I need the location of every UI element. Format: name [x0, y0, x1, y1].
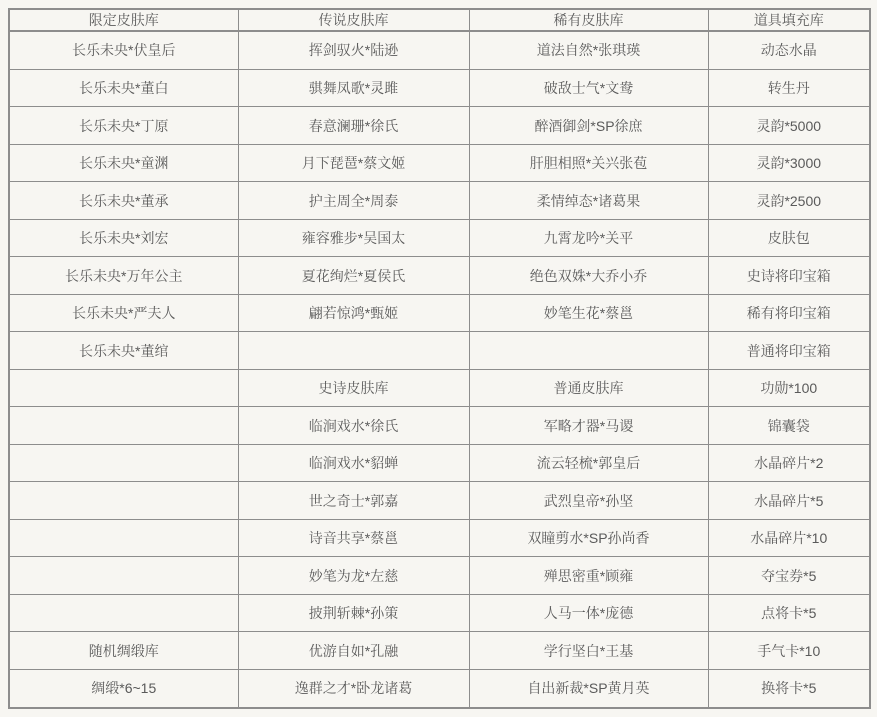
table-cell: 点将卡*5 — [708, 594, 870, 632]
table-cell: 普通将印宝箱 — [708, 332, 870, 370]
table-row: 长乐未央*董白骐舞凤歌*灵雎破敌士气*文鸯转生丹 — [9, 69, 870, 107]
table-cell: 殚思密重*顾雍 — [469, 557, 708, 595]
table-cell: 夺宝券*5 — [708, 557, 870, 595]
table-cell — [9, 557, 238, 595]
table-cell: 诗音共享*蔡邕 — [238, 519, 469, 557]
table-cell: 普通皮肤库 — [469, 369, 708, 407]
table-cell: 临涧戏水*徐氏 — [238, 407, 469, 445]
table-row: 长乐未央*董绾普通将印宝箱 — [9, 332, 870, 370]
table-cell: 月下琵琶*蔡文姬 — [238, 144, 469, 182]
table-row: 绸缎*6~15逸群之才*卧龙诸葛自出新裁*SP黄月英换将卡*5 — [9, 669, 870, 708]
table-cell: 人马一体*庞德 — [469, 594, 708, 632]
table-cell: 自出新裁*SP黄月英 — [469, 669, 708, 708]
table-cell: 醉酒御剑*SP徐庶 — [469, 107, 708, 145]
table-cell: 长乐未央*严夫人 — [9, 294, 238, 332]
table-cell: 武烈皇帝*孙坚 — [469, 482, 708, 520]
table-row: 妙笔为龙*左慈殚思密重*顾雍夺宝券*5 — [9, 557, 870, 595]
column-header-3: 道具填充库 — [708, 9, 870, 31]
table-row: 随机绸缎库优游自如*孔融学行坚白*王基手气卡*10 — [9, 632, 870, 670]
table-row: 史诗皮肤库普通皮肤库功勋*100 — [9, 369, 870, 407]
table-cell: 破敌士气*文鸯 — [469, 69, 708, 107]
table-cell: 肝胆相照*关兴张苞 — [469, 144, 708, 182]
table-cell: 流云轻梳*郭皇后 — [469, 444, 708, 482]
table-row: 长乐未央*万年公主夏花绚烂*夏侯氏绝色双姝*大乔小乔史诗将印宝箱 — [9, 257, 870, 295]
table-cell: 逸群之才*卧龙诸葛 — [238, 669, 469, 708]
table-cell: 皮肤包 — [708, 219, 870, 257]
table-header: 限定皮肤库传说皮肤库稀有皮肤库道具填充库 — [9, 9, 870, 31]
table-cell: 翩若惊鸿*甄姬 — [238, 294, 469, 332]
table-cell: 春意澜珊*徐氏 — [238, 107, 469, 145]
table-row: 长乐未央*伏皇后挥剑驭火*陆逊道法自然*张琪瑛动态水晶 — [9, 31, 870, 69]
table-cell: 长乐未央*刘宏 — [9, 219, 238, 257]
table-cell: 锦囊袋 — [708, 407, 870, 445]
table-cell: 水晶碎片*5 — [708, 482, 870, 520]
table-cell — [238, 332, 469, 370]
table-cell: 道法自然*张琪瑛 — [469, 31, 708, 69]
table-cell: 骐舞凤歌*灵雎 — [238, 69, 469, 107]
table-cell: 长乐未央*丁原 — [9, 107, 238, 145]
table-cell: 灵韵*3000 — [708, 144, 870, 182]
table-cell: 功勋*100 — [708, 369, 870, 407]
table-cell — [469, 332, 708, 370]
table-cell: 水晶碎片*2 — [708, 444, 870, 482]
table-cell — [9, 482, 238, 520]
table-cell: 稀有将印宝箱 — [708, 294, 870, 332]
table-cell: 水晶碎片*10 — [708, 519, 870, 557]
table-row: 诗音共享*蔡邕双瞳剪水*SP孙尚香水晶碎片*10 — [9, 519, 870, 557]
table-cell: 护主周全*周泰 — [238, 182, 469, 220]
reward-pool-table-wrap: 限定皮肤库传说皮肤库稀有皮肤库道具填充库 长乐未央*伏皇后挥剑驭火*陆逊道法自然… — [8, 8, 869, 709]
table-cell: 挥剑驭火*陆逊 — [238, 31, 469, 69]
header-row: 限定皮肤库传说皮肤库稀有皮肤库道具填充库 — [9, 9, 870, 31]
table-cell: 转生丹 — [708, 69, 870, 107]
table-row: 长乐未央*丁原春意澜珊*徐氏醉酒御剑*SP徐庶灵韵*5000 — [9, 107, 870, 145]
table-cell: 夏花绚烂*夏侯氏 — [238, 257, 469, 295]
table-cell: 随机绸缎库 — [9, 632, 238, 670]
table-cell — [9, 594, 238, 632]
table-cell: 九霄龙吟*关平 — [469, 219, 708, 257]
table-cell: 世之奇士*郭嘉 — [238, 482, 469, 520]
table-cell — [9, 407, 238, 445]
table-cell — [9, 444, 238, 482]
table-cell: 军略才器*马谡 — [469, 407, 708, 445]
table-row: 长乐未央*刘宏雍容雅步*吴国太九霄龙吟*关平皮肤包 — [9, 219, 870, 257]
table-cell: 绸缎*6~15 — [9, 669, 238, 708]
table-cell: 双瞳剪水*SP孙尚香 — [469, 519, 708, 557]
table-row: 长乐未央*童渊月下琵琶*蔡文姬肝胆相照*关兴张苞灵韵*3000 — [9, 144, 870, 182]
column-header-0: 限定皮肤库 — [9, 9, 238, 31]
table-row: 临涧戏水*徐氏军略才器*马谡锦囊袋 — [9, 407, 870, 445]
table-cell — [9, 519, 238, 557]
table-row: 世之奇士*郭嘉武烈皇帝*孙坚水晶碎片*5 — [9, 482, 870, 520]
table-cell: 临涧戏水*貂蝉 — [238, 444, 469, 482]
table-row: 披荆斩棘*孙策人马一体*庞德点将卡*5 — [9, 594, 870, 632]
table-cell: 长乐未央*伏皇后 — [9, 31, 238, 69]
column-header-2: 稀有皮肤库 — [469, 9, 708, 31]
table-cell: 长乐未央*童渊 — [9, 144, 238, 182]
table-cell: 妙笔生花*蔡邕 — [469, 294, 708, 332]
table-body: 长乐未央*伏皇后挥剑驭火*陆逊道法自然*张琪瑛动态水晶长乐未央*董白骐舞凤歌*灵… — [9, 31, 870, 708]
table-cell: 优游自如*孔融 — [238, 632, 469, 670]
table-cell: 绝色双姝*大乔小乔 — [469, 257, 708, 295]
table-cell: 史诗皮肤库 — [238, 369, 469, 407]
table-cell — [9, 369, 238, 407]
table-cell: 披荆斩棘*孙策 — [238, 594, 469, 632]
reward-pool-table: 限定皮肤库传说皮肤库稀有皮肤库道具填充库 长乐未央*伏皇后挥剑驭火*陆逊道法自然… — [8, 8, 871, 709]
table-cell: 灵韵*5000 — [708, 107, 870, 145]
table-cell: 史诗将印宝箱 — [708, 257, 870, 295]
table-cell: 灵韵*2500 — [708, 182, 870, 220]
table-cell: 长乐未央*万年公主 — [9, 257, 238, 295]
table-cell: 动态水晶 — [708, 31, 870, 69]
table-cell: 妙笔为龙*左慈 — [238, 557, 469, 595]
table-cell: 长乐未央*董承 — [9, 182, 238, 220]
table-row: 长乐未央*严夫人翩若惊鸿*甄姬妙笔生花*蔡邕稀有将印宝箱 — [9, 294, 870, 332]
table-cell: 学行坚白*王基 — [469, 632, 708, 670]
table-cell: 手气卡*10 — [708, 632, 870, 670]
table-cell: 换将卡*5 — [708, 669, 870, 708]
table-row: 临涧戏水*貂蝉流云轻梳*郭皇后水晶碎片*2 — [9, 444, 870, 482]
table-cell: 雍容雅步*吴国太 — [238, 219, 469, 257]
table-row: 长乐未央*董承护主周全*周泰柔情绰态*诸葛果灵韵*2500 — [9, 182, 870, 220]
column-header-1: 传说皮肤库 — [238, 9, 469, 31]
table-cell: 柔情绰态*诸葛果 — [469, 182, 708, 220]
table-cell: 长乐未央*董绾 — [9, 332, 238, 370]
table-cell: 长乐未央*董白 — [9, 69, 238, 107]
